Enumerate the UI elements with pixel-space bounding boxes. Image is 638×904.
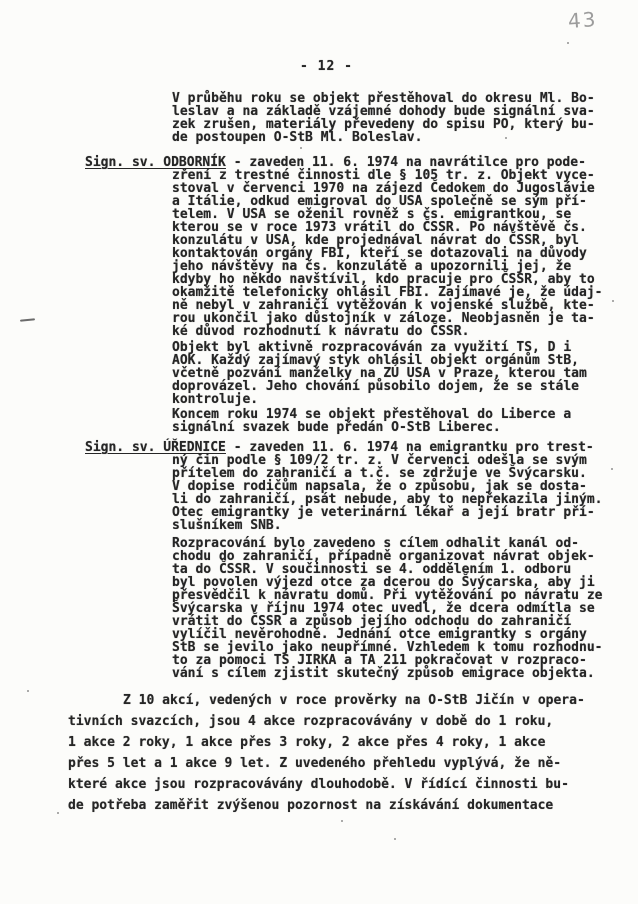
scan-speck — [300, 147, 302, 149]
scan-speck — [505, 137, 507, 139]
document-body: V průběhu roku se objekt přestěhoval do … — [85, 92, 617, 816]
signal-file-odbornik-body: zření z trestné činnosti dle § 105 tr. z… — [172, 168, 602, 339]
scan-speck — [612, 300, 614, 302]
paragraph-rozpracovani-kanal: Rozpracování bylo zavedeno s cílem odhal… — [172, 537, 617, 680]
scan-speck — [611, 468, 613, 470]
scan-speck — [57, 812, 59, 814]
handwritten-corner-page-number: 43 — [568, 13, 598, 28]
paragraph-objekt-rozpracovavan: Objekt byl aktivně rozpracováván za využ… — [172, 341, 617, 406]
scan-speck — [424, 95, 426, 97]
paragraph-relocation-boleslav: V průběhu roku se objekt přestěhoval do … — [172, 92, 617, 144]
scan-speck — [27, 690, 29, 692]
scan-speck — [394, 838, 396, 840]
section-signal-file-urednice: Sign. sv. ÚŘEDNICE - zaveden 11. 6. 1974… — [85, 441, 617, 532]
section-signal-file-odbornik: Sign. sv. ODBORNÍK - zaveden 11. 6. 1974… — [85, 156, 617, 338]
scan-speck — [567, 42, 569, 44]
paragraph-relocation-liberec: Koncem roku 1974 se objekt přestěhoval d… — [172, 408, 617, 434]
typed-page-number: - 12 - — [300, 60, 353, 73]
scanned-document-page: 43 - 12 - V průběhu roku se objekt přest… — [0, 0, 638, 904]
margin-pencil-mark — [20, 318, 35, 322]
paragraph-summary-10-akci: Z 10 akcí, vedených v roce prověrky na O… — [68, 690, 630, 816]
signal-file-urednice-body: ný čin podle § 109/2 tr. z. V červenci o… — [172, 453, 602, 533]
scan-speck — [341, 820, 343, 822]
